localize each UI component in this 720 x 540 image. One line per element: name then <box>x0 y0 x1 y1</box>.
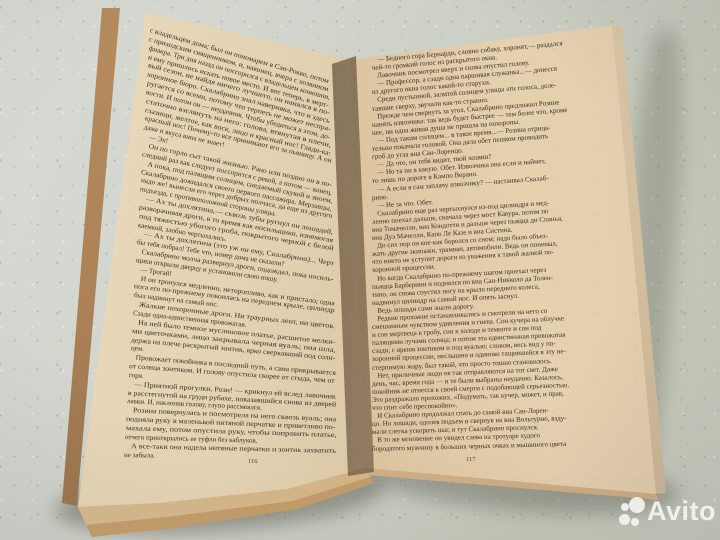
left-page-number: 116 <box>248 458 258 465</box>
avito-wordmark: Avito <box>647 496 716 527</box>
right-page-text: — Бедного сора Бернарди, словно собаку, … <box>372 56 622 453</box>
left-page-text: с владельцем дома; был он пономарем в Са… <box>124 26 336 459</box>
book-photo-scene: с владельцем дома; был он пономарем в Са… <box>0 0 720 540</box>
avito-watermark: Avito <box>608 494 718 534</box>
right-page-number: 117 <box>466 456 476 463</box>
